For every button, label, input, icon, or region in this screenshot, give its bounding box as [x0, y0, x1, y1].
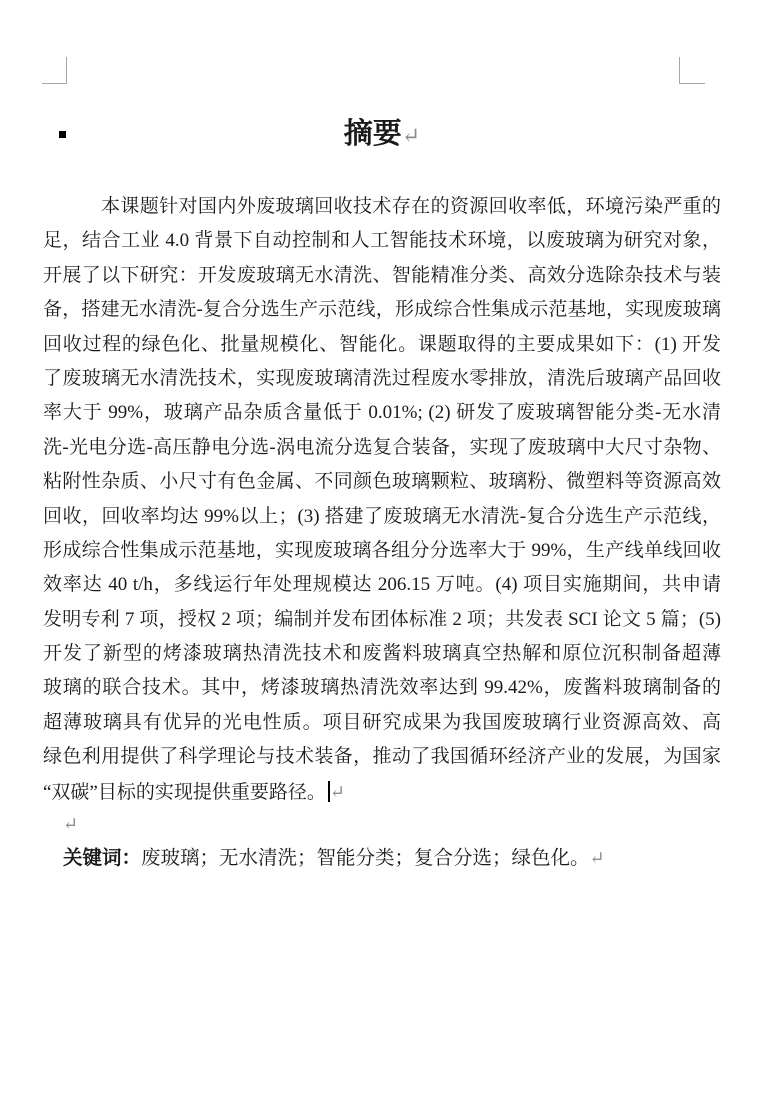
body-line[interactable]: 粘附性杂质、小尺寸有色金属、不同颜色玻璃颗粒、玻璃粉、微塑料等资源高效 [43, 465, 721, 499]
abstract-title-row: 摘要↵ [0, 115, 764, 155]
abstract-body: 本课题针对国内外废玻璃回收技术存在的资源回收率低，环境污染严重的不 足，结合工业… [43, 190, 721, 809]
paragraph-mark-icon: ↵ [330, 782, 345, 802]
body-line-text: “双碳”目标的实现提供重要路径。 [43, 782, 326, 803]
body-line[interactable]: “双碳”目标的实现提供重要路径。↵ [43, 775, 721, 809]
empty-paragraph[interactable]: ↵ [63, 812, 78, 837]
crop-mark-top-left [66, 57, 67, 83]
body-line[interactable]: 回收过程的绿色化、批量规模化、智能化。课题取得的主要成果如下：(1) 开发 [43, 328, 721, 362]
body-line[interactable]: 玻璃的联合技术。其中，烤漆玻璃热清洗效率达到 99.42%，废酱料玻璃制备的 [43, 671, 721, 705]
body-line[interactable]: 形成综合性集成示范基地，实现废玻璃各组分分选率大于 99%，生产线单线回收 [43, 534, 721, 568]
page-title[interactable]: 摘要 [344, 118, 402, 150]
keywords-text: 废玻璃；无水清洗；智能分类；复合分选；绿色化。 [141, 848, 590, 869]
body-line[interactable]: 洗-光电分选-高压静电分选-涡电流分选复合装备，实现了废玻璃中大尺寸杂物、 [43, 431, 721, 465]
body-line[interactable]: 本课题针对国内外废玻璃回收技术存在的资源回收率低，环境污染严重的不 [43, 190, 721, 224]
body-line[interactable]: 效率达 40 t/h，多线运行年处理规模达 206.15 万吨。(4) 项目实施… [43, 568, 721, 602]
crop-mark-top-left [42, 83, 67, 84]
body-line[interactable]: 发明专利 7 项，授权 2 项；编制并发布团体标准 2 项；共发表 SCI 论文… [43, 603, 721, 637]
crop-mark-top-right [679, 57, 680, 83]
paragraph-mark-icon: ↵ [402, 123, 420, 148]
body-line[interactable]: 超薄玻璃具有优异的光电性质。项目研究成果为我国废玻璃行业资源高效、高质、 [43, 706, 721, 740]
crop-mark-top-right [679, 83, 705, 84]
body-line[interactable]: 率大于 99%，玻璃产品杂质含量低于 0.01%; (2) 研发了废玻璃智能分类… [43, 396, 721, 430]
paragraph-mark-icon: ↵ [590, 848, 605, 868]
body-line[interactable]: 回收，回收率均达 99%以上；(3) 搭建了废玻璃无水清洗-复合分选生产示范线， [43, 500, 721, 534]
body-line[interactable]: 开发了新型的烤漆玻璃热清洗技术和废酱料玻璃真空热解和原位沉积制备超薄 [43, 637, 721, 671]
body-line[interactable]: 绿色利用提供了科学理论与技术装备，推动了我国循环经济产业的发展，为国家 [43, 740, 721, 774]
keywords-label: 关键词： [63, 848, 141, 869]
body-line[interactable]: 开展了以下研究：开发废玻璃无水清洗、智能精准分类、高效分选除杂技术与装 [43, 259, 721, 293]
keywords-line[interactable]: 关键词：废玻璃；无水清洗；智能分类；复合分选；绿色化。↵ [63, 843, 605, 874]
document-page: { "title": { "text": "摘要", "paragraph_ma… [0, 0, 764, 1105]
paragraph-mark-icon: ↵ [63, 814, 78, 834]
body-line[interactable]: 了废玻璃无水清洗技术，实现废玻璃清洗过程废水零排放，清洗后玻璃产品回收 [43, 362, 721, 396]
body-line[interactable]: 足，结合工业 4.0 背景下自动控制和人工智能技术环境，以废玻璃为研究对象， [43, 224, 721, 258]
body-line[interactable]: 备，搭建无水清洗-复合分选生产示范线，形成综合性集成示范基地，实现废玻璃 [43, 293, 721, 327]
